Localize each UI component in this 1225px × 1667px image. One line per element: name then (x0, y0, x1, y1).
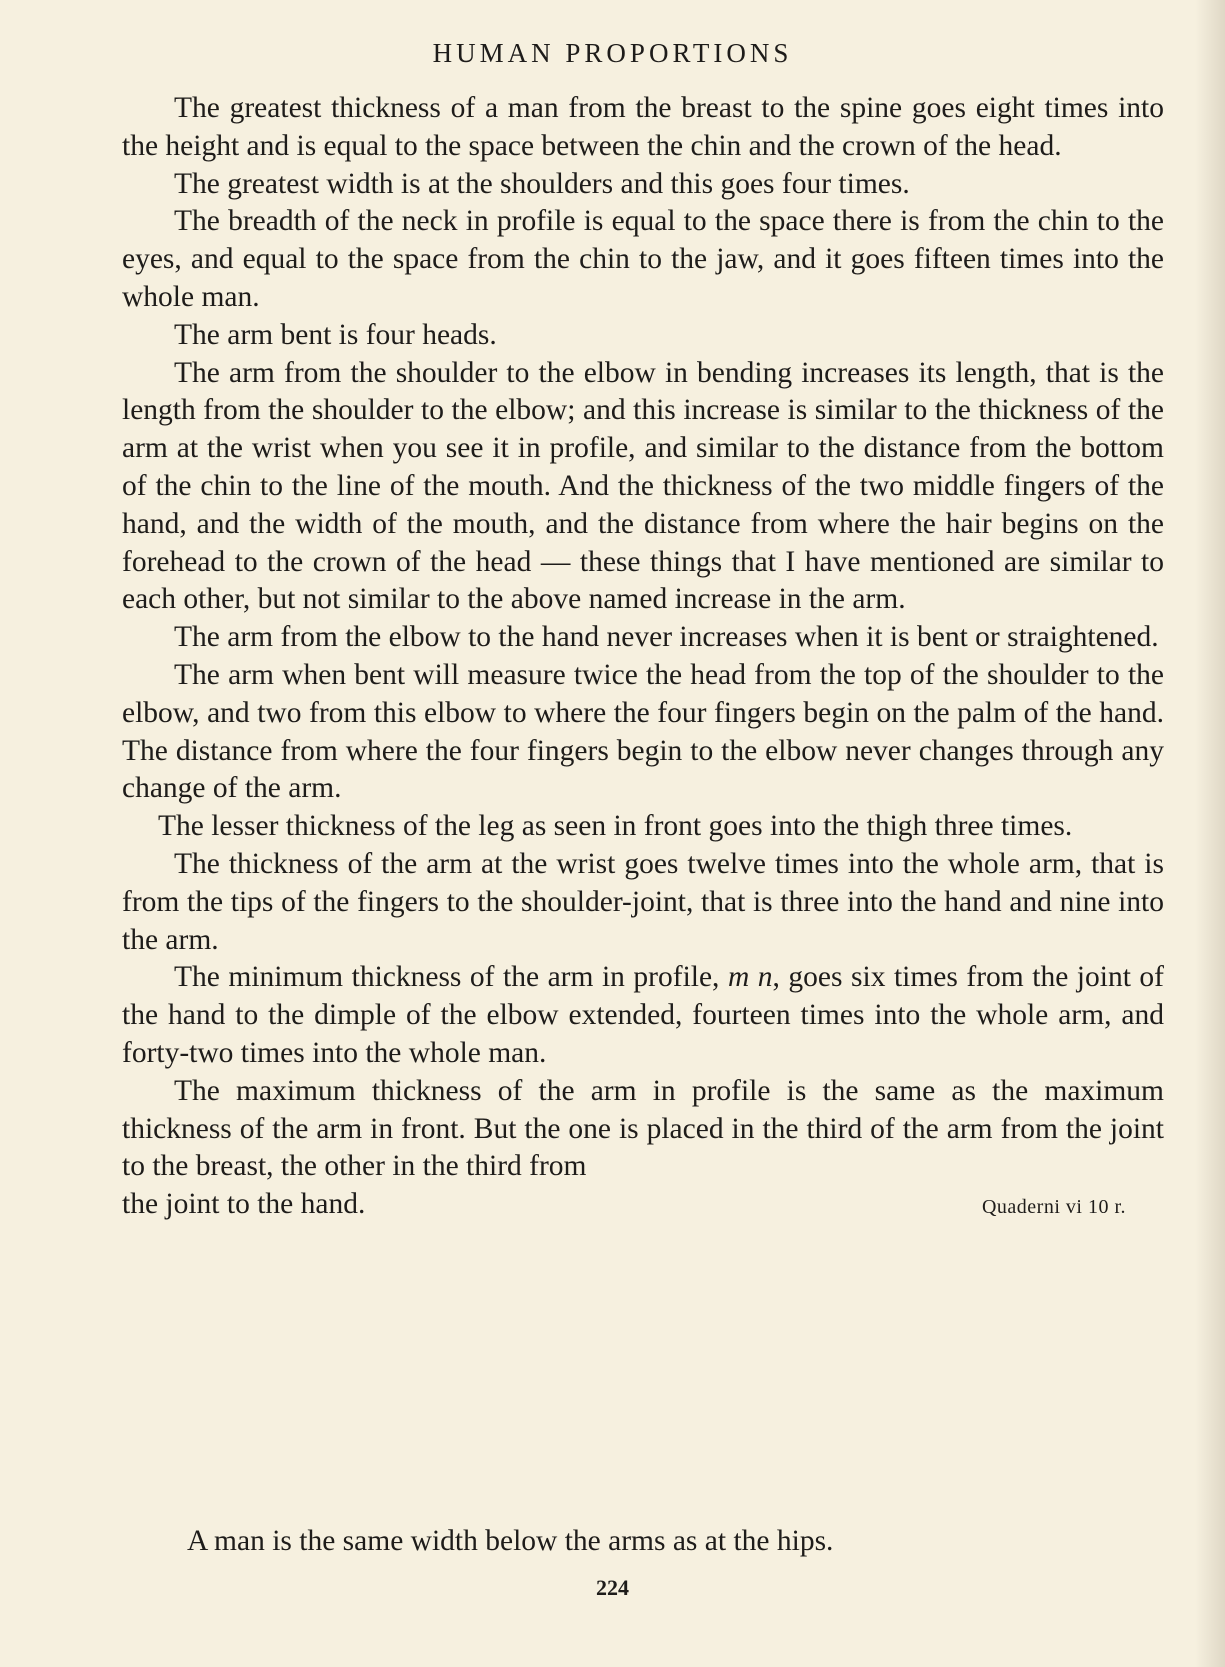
page-number: 224 (0, 1575, 1225, 1601)
paragraph: The thickness of the arm at the wrist go… (122, 846, 1164, 959)
paragraph: The arm from the shoulder to the elbow i… (122, 355, 1164, 620)
paragraph: The lesser thickness of the leg as seen … (122, 808, 1164, 846)
paragraph: The greatest width is at the shoulders a… (122, 166, 1164, 204)
text-span: the joint to the hand. (122, 1186, 365, 1224)
paragraph-max-thickness: The maximum thickness of the arm in prof… (122, 1073, 1164, 1186)
paragraph: The arm when bent will measure twice the… (122, 657, 1164, 808)
paragraph: The arm bent is four heads. (122, 317, 1164, 355)
running-header: HUMAN PROPORTIONS (0, 38, 1225, 69)
paragraph: The breadth of the neck in profile is eq… (122, 203, 1164, 316)
text-span: The minimum thickness of the arm in prof… (174, 961, 728, 993)
paragraph: The arm from the elbow to the hand never… (122, 619, 1164, 657)
paragraph-last-line: the joint to the hand. Quaderni vi 10 r. (122, 1186, 1164, 1227)
body-text: The greatest thickness of a man from the… (122, 90, 1164, 1227)
italic-label: m n (728, 961, 773, 993)
paragraph-min-thickness: The minimum thickness of the arm in prof… (122, 959, 1164, 1072)
page-edge-shadow (1195, 0, 1225, 1667)
final-paragraph: A man is the same width below the arms a… (187, 1525, 833, 1558)
citation: Quaderni vi 10 r. (982, 1189, 1126, 1227)
paragraph: The greatest thickness of a man from the… (122, 90, 1164, 166)
